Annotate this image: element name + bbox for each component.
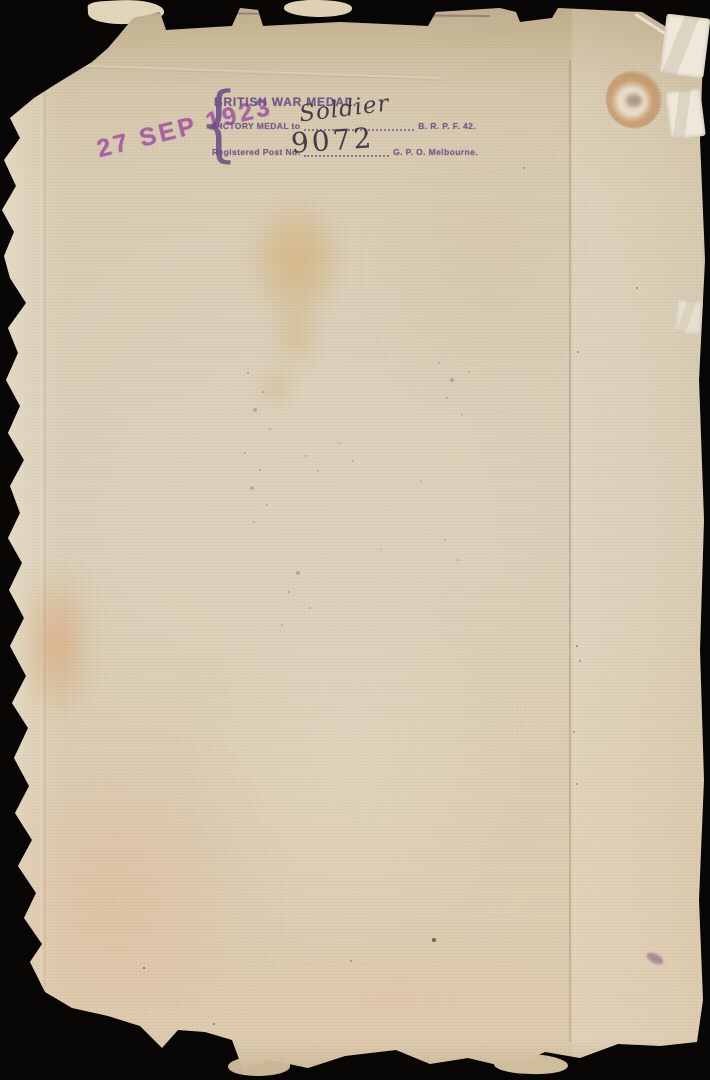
fold-column-highlight (572, 0, 700, 1080)
paper-mottling (380, 140, 580, 400)
scanner-bed-background: 27 SEP 1923 { BRITISH WAR MEDAL. VICTORY… (0, 0, 710, 1080)
torn-paper-scrap (284, 0, 353, 18)
tape-fragment (665, 88, 706, 140)
rust-ring-center (626, 94, 642, 107)
purple-ink-specks (0, 0, 2, 2)
tape-fragment (675, 299, 703, 335)
right-edge-shadow (702, 40, 710, 1050)
medal-stamp-block: { BRITISH WAR MEDAL. VICTORY MEDAL to B.… (199, 90, 484, 170)
dark-specks (0, 0, 2, 2)
rust-stain-left-edge (18, 565, 96, 725)
handwritten-post-number: 9072 (290, 121, 375, 160)
vertical-fold-line (569, 60, 571, 1042)
tan-stain (268, 300, 324, 370)
victory-medal-label: VICTORY MEDAL to (214, 121, 300, 131)
gpo-melbourne-label: G. P. O. Melbourne. (393, 147, 478, 157)
tape-fragment (660, 14, 710, 79)
pink-wash-bottom (150, 930, 650, 1070)
tan-stain (256, 364, 296, 410)
brpf-label: B. R. P. F. 42. (418, 121, 476, 131)
registered-post-label: Registered Post No. (212, 147, 300, 157)
